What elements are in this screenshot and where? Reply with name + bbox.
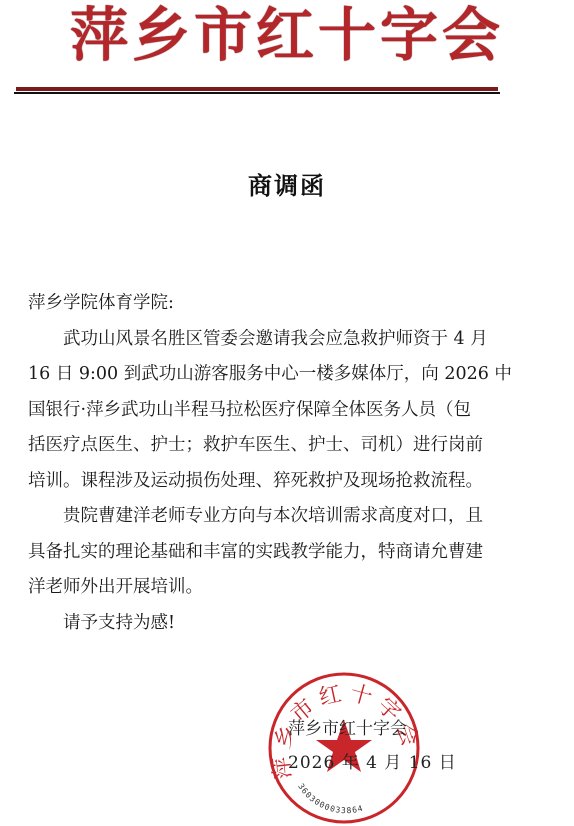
paragraph-line: 国银行·萍乡武功山半程马拉松医疗保障全体医务人员（包: [28, 393, 494, 429]
paragraph-1: 武功山风景名胜区管委会邀请我会应急救护师资于 4 月 16 日 9:00 到武功…: [28, 322, 494, 500]
paragraph-line: 括医疗点医生、护士；救护车医生、护士、司机）进行岗前: [28, 428, 494, 464]
letterhead-divider-black: [14, 92, 500, 94]
paragraph-line: 武功山风景名胜区管委会邀请我会应急救护师资于 4 月: [28, 322, 494, 358]
signature-date: 2026 年 4 月 16 日: [288, 748, 457, 773]
paragraph-line: 16 日 9:00 到武功山游客服务中心一楼多媒体厅，向 2026 中: [28, 357, 494, 393]
closing-line: 请予支持为感!: [28, 606, 494, 642]
paragraph-line: 洋老师外出开展培训。: [28, 570, 494, 606]
official-seal: 萍乡市红十字会 3603000033864: [264, 668, 424, 826]
signature-organization: 萍乡市红十字会: [288, 714, 407, 739]
paragraph-2: 贵院曹建洋老师专业方向与本次培训需求高度对口，且 具备扎实的理论基础和丰富的实践…: [28, 499, 494, 606]
paragraph-3: 请予支持为感!: [28, 606, 494, 642]
document-body: 萍乡学院体育学院: 武功山风景名胜区管委会邀请我会应急救护师资于 4 月 16 …: [28, 286, 494, 641]
paragraph-line: 培训。课程涉及运动损伤处理、猝死救护及现场抢救流程。: [28, 464, 494, 500]
document-title: 商调函: [0, 166, 574, 201]
letterhead-divider-red: [16, 87, 498, 91]
recipient: 萍乡学院体育学院:: [28, 286, 494, 322]
letterhead-organization: 萍乡市红十字会: [0, 2, 574, 68]
paragraph-line: 贵院曹建洋老师专业方向与本次培训需求高度对口，且: [28, 499, 494, 535]
paragraph-line: 具备扎实的理论基础和丰富的实践教学能力，特商请允曹建: [28, 535, 494, 571]
